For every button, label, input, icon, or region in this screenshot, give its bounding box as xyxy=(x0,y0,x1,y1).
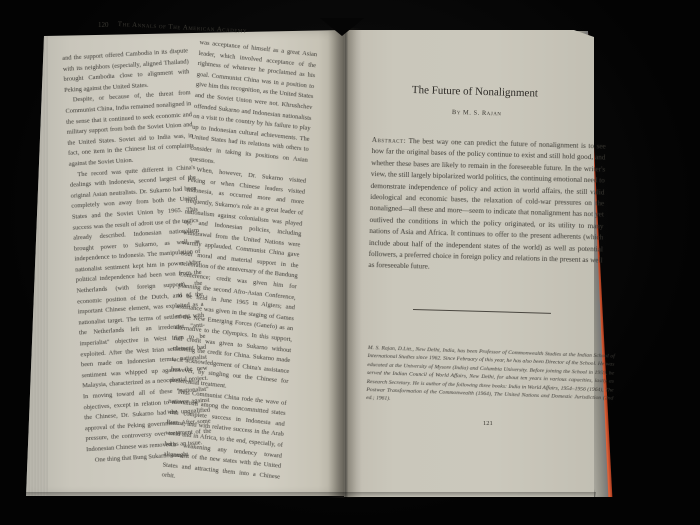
left-page-number: 120 xyxy=(98,21,109,29)
author-footnote: M. S. Rajan, D.Litt., New Delhi, India, … xyxy=(366,344,615,411)
paragraph: Despite, or because of, the threat from … xyxy=(65,89,195,171)
abstract-label: Abstract: xyxy=(372,136,406,145)
book-bottom-shadow xyxy=(26,492,596,498)
abstract: Abstract: The best way one can predict t… xyxy=(368,135,606,278)
book-spine-gutter xyxy=(328,28,362,498)
abstract-text: The best way one can predict the future … xyxy=(368,137,606,271)
paragraph: was acceptance of himself as a great Asi… xyxy=(189,38,317,177)
paragraph: When, however, Dr. Sukarno visited Pekin… xyxy=(170,165,307,399)
article-byline: By M. S. Rajan xyxy=(452,109,502,117)
right-page-number: 121 xyxy=(483,420,493,427)
paragraph: Thus Communist China rode the wave of na… xyxy=(161,386,287,493)
